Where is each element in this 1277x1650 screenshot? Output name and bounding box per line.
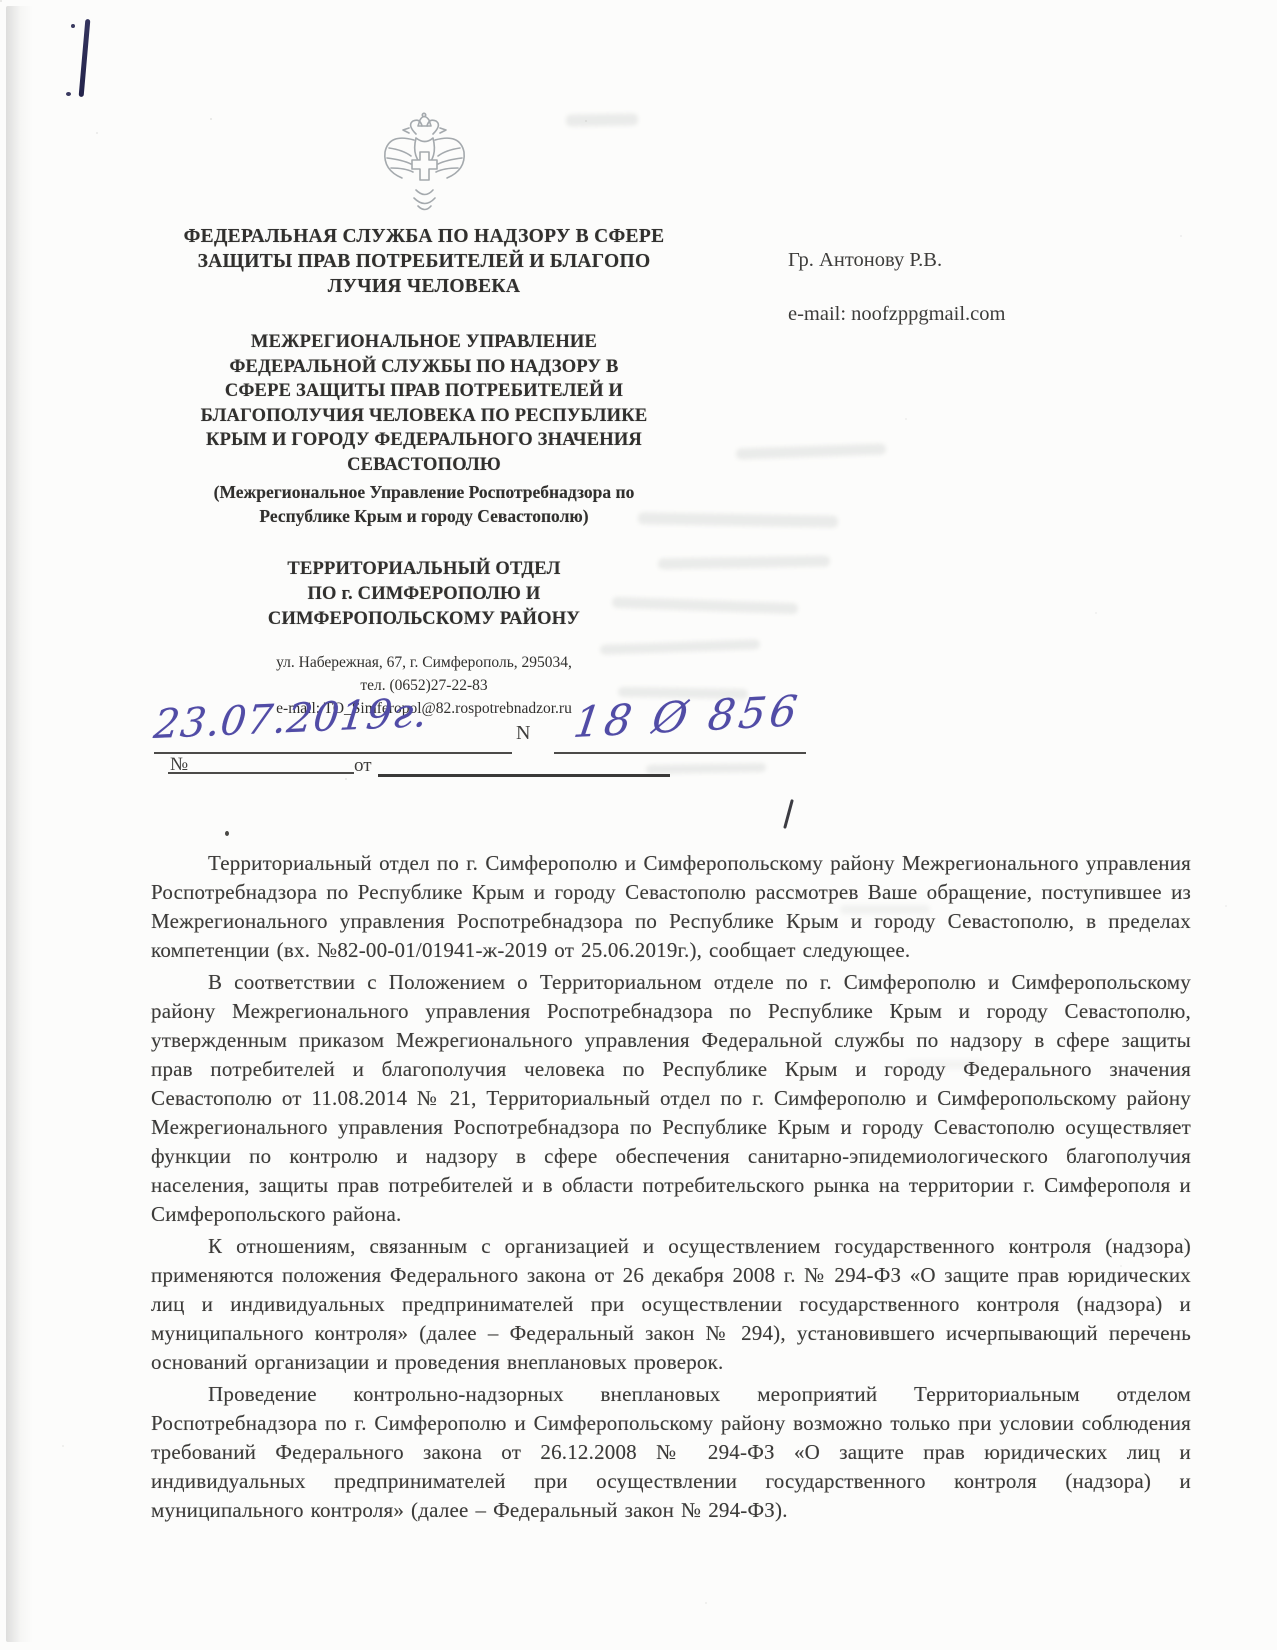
management-short-name: (Межрегиональное Управление Роспотребнад… — [150, 480, 698, 528]
number-separator-label: N — [516, 722, 530, 745]
recipient-name: Гр. Антонову Р.В. — [788, 249, 1005, 272]
org-name: ФЕДЕРАЛЬНАЯ СЛУЖБА ПО НАДЗОРУ В СФЕРЕ ЗА… — [150, 224, 698, 299]
form-underline — [554, 752, 806, 754]
handwritten-number: 18 Ø 856 — [571, 686, 804, 747]
letter-body: Территориальный отдел по г. Симферополю … — [151, 849, 1191, 1528]
form-underline — [168, 772, 354, 774]
form-underline — [378, 774, 670, 777]
pen-dot-mark — [71, 24, 75, 28]
scan-noise-speckles — [0, 0, 2, 2]
recipient-email: e-mail: noofzppgmail.com — [788, 303, 1005, 326]
bleed-through-smudge — [736, 443, 886, 459]
scan-edge-shadow — [6, 6, 33, 1642]
letter-paragraph: Проведение контрольно-надзорных внеплано… — [151, 1380, 1191, 1525]
letter-paragraph: К отношениям, связанным с организацией и… — [151, 1232, 1191, 1377]
department-name: ТЕРРИТОРИАЛЬНЫЙ ОТДЕЛ ПО г. СИМФЕРОПОЛЮ … — [150, 557, 698, 632]
management-name: МЕЖРЕГИОНАЛЬНОЕ УПРАВЛЕНИЕ ФЕДЕРАЛЬНОЙ С… — [150, 330, 698, 477]
letter-paragraph: Территориальный отдел по г. Симферополю … — [151, 849, 1191, 965]
recipient-block: Гр. Антонову Р.В. e-mail: noofzppgmail.c… — [788, 249, 1005, 326]
letter-paragraph: В соответствии с Положением о Территориа… — [151, 968, 1191, 1229]
stray-dot-mark — [225, 831, 229, 836]
contact-address: ул. Набережная, 67, г. Симферополь, 2950… — [150, 651, 698, 674]
double-headed-eagle-emblem-icon — [374, 110, 474, 216]
reference-form: 23.07.2019г. N 18 Ø 856 № от — [150, 690, 850, 790]
pen-slash-mark — [783, 799, 794, 829]
letterhead: ФЕДЕРАЛЬНАЯ СЛУЖБА ПО НАДЗОРУ В СФЕРЕ ЗА… — [150, 110, 698, 720]
pen-dot-mark — [66, 92, 71, 96]
handwritten-date: 23.07.2019г. — [151, 690, 430, 748]
form-underline — [154, 752, 512, 754]
from-label: от — [354, 755, 372, 777]
pen-stroke-mark — [79, 19, 91, 97]
emblem-wrap — [150, 110, 698, 220]
